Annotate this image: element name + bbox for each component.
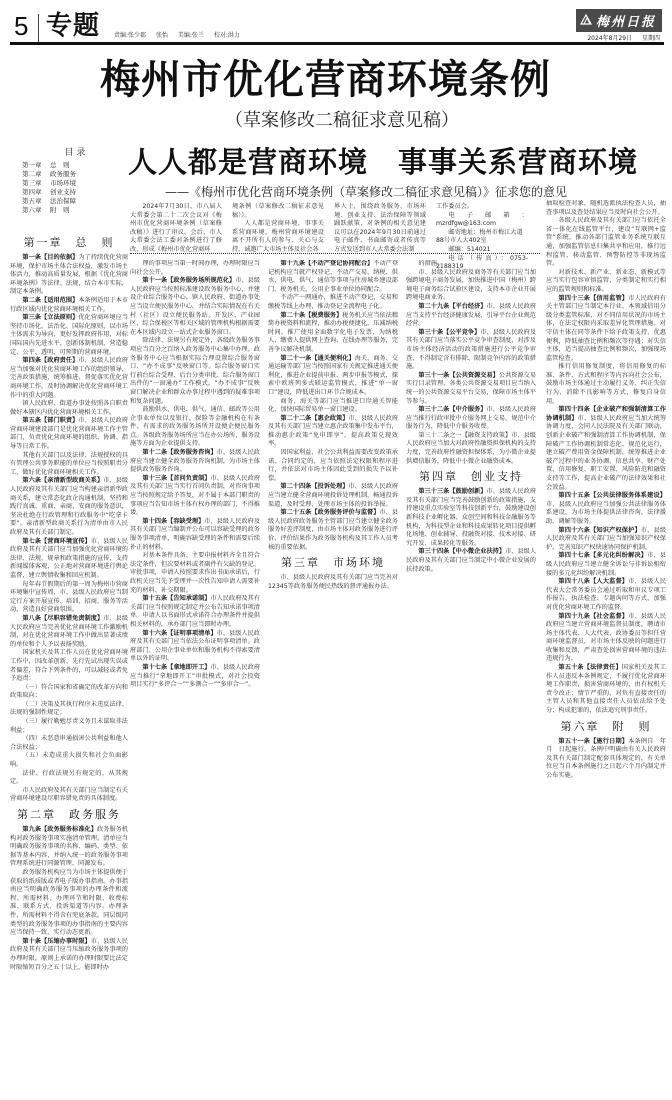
editor-credit: 责编:张少郡 xyxy=(114,32,146,39)
article-paragraph: 对基本条件具备、主要申报材料齐全且符合法定条件，但次要材料或者副件有欠缺的登记、… xyxy=(130,552,260,595)
contact-address-cont: 88号市人大402室 xyxy=(436,237,528,246)
article-paragraph: 不动产一网通办，推进不动产登记、交易和缴税等线上办理，推动登记全流程电子化。 xyxy=(268,294,398,311)
article-paragraph: 第四条【政府责任】市、县级人民政府应当加强对优化营商环境工作的组织领导，完善政策… xyxy=(10,357,128,400)
article-paragraph: 第四十六条【知识产权保护】市、县级人民政府及其有关部门应当加强知识产权保护，完善… xyxy=(546,527,666,553)
article-paragraph: 第三十四条【中小微企业扶持】市、县级人民政府及其有关部门应当制定中小微企业发展的… xyxy=(406,548,536,574)
article-label: 第三条【立法原则】 xyxy=(22,314,78,321)
editor-credit: 美编:张兰 xyxy=(178,32,204,39)
article-paragraph: 第十四条【容缺受理】市、县级人民政府及其有关部门应当编制并公布可以容缺受理的政务… xyxy=(130,518,260,552)
chapter-heading: 第四章 创业支持 xyxy=(406,468,536,486)
article-label: 第十九条【不动产登记协同配合】 xyxy=(280,260,373,267)
article-paragraph: 第四十五条【公共法律服务体系建设】市、县级人民政府应当加强公共法律服务体系建设，… xyxy=(546,492,666,526)
article-paragraph: 第四十七条【多元化纠纷解决】市、县级人民政府应当建立健全诉讼与非诉讼相衔接的多元… xyxy=(546,552,666,578)
article-paragraph: 第十七条【拿地即开工】市、县级人民政府应当推行“拿地即开工”审批模式，对社会投资… xyxy=(130,664,260,690)
section-name: 专题 xyxy=(46,10,100,42)
editor-credit: 校对:洪力 xyxy=(214,32,240,39)
article-paragraph: 推行信用修复制度，将信用修复的标准、条件、方式和程序等内容向社会公布，鼓励市场主… xyxy=(546,363,666,406)
banner-subtitle: ——《梅州市优化营商环境条例（草案修改二稿征求意见稿）》征求您的意见 xyxy=(165,183,567,200)
article-paragraph: 第一条【目的依据】为了持续优化营商环境，保护市场主体合法权益，激发市场主体活力，… xyxy=(10,254,128,297)
article-label: 第五十一条【施行日期】 xyxy=(558,738,628,745)
toc-title: 目 录 xyxy=(22,145,122,158)
article-paragraph: 第四十四条【企业破产和强制清算工作协调机制】市、县级人民政府应当加大统筹协调力度… xyxy=(546,406,666,492)
article-paragraph: （一）符合国家和省确定的改革方向和政策取向； xyxy=(10,684,128,701)
toc-item: 第六章附 则 xyxy=(22,206,122,215)
article-paragraph: 鼓励供水、供电、供气、通信、邮政等公用企事业单位以及银行、保险等金融机构在有条件… xyxy=(130,406,260,449)
article-label: 第四十七条【多元化纠纷解决】 xyxy=(558,552,647,559)
article-paragraph: 各级人民政府及其有关部门应当依托全省一体化在线监管平台，建设“互联网+监管”系统… xyxy=(546,217,666,269)
article-paragraph: 第三十三条【鼓励创新】市、县级人民政府及其有关部门应当完善鼓励创新的政策措施，支… xyxy=(406,488,536,548)
editor-credit: 张怡 xyxy=(156,32,168,39)
article-paragraph: 第二十五条【政务服务评价与监督】市、县级人民政府政务服务主管部门应当建立健全政务… xyxy=(268,509,398,552)
article-paragraph: 第九条【政务服务标准化】政务服务机构对政务服务事项实施清单管理。清单应当明确政务… xyxy=(10,826,128,869)
article-paragraph: 市、县级人民政府及其有关部门应当完善对12345等政务服务便民热线的督评通报办法… xyxy=(268,574,398,591)
article-label: 第八条【尽职容错免责制度】 xyxy=(22,615,103,622)
article-paragraph: 市、县级人民政府及商务等有关部门应当加强跨境电子商务发展，加快推进中国（梅州）跨… xyxy=(406,269,536,303)
article-paragraph: 第十九条【不动产登记协同配合】不动产登记机构应当就产权登记、不动产交易、纳税、供… xyxy=(268,260,398,294)
article-paragraph: 抽取检查对象，随机选派执法检查人员，抽查事项以及查处结果应当及时向社会公开。 xyxy=(546,200,666,217)
article-paragraph: 因国家利益、社会公共利益需要改变政策承诺、合同约定的，应当依照法定权限和程序进行… xyxy=(268,449,398,483)
article-label: 第十条【压缩办事时限】 xyxy=(22,938,90,945)
article-paragraph: 第十二条【政务服务咨询】市、县级人民政府应当建立健全政务服务咨询机制，为市场主体… xyxy=(130,449,260,475)
toc-item: 第一章总 则 xyxy=(22,161,122,170)
chapter-heading: 第一章 总 则 xyxy=(10,234,128,252)
article-paragraph: 第四十八条【人大监督】市、县级人民代表大会常务委员会通过听取和审议专项工作报告、… xyxy=(546,578,666,612)
article-label: 第二十五条【政务服务评价与监督】 xyxy=(280,509,379,516)
article-column: 第十九条【不动产登记协同配合】不动产登记机构应当就产权登记、不动产交易、纳税、供… xyxy=(268,260,398,1098)
article-paragraph: 第十五条【告知承诺制】市人民政府及其有关部门应当按照规定制定并公布告知承诺事项清… xyxy=(130,595,260,629)
article-paragraph: 第四十三条【信用监管】市人民政府有关主管部门应当制定本行业、本领域信用分级分类监… xyxy=(546,295,666,364)
article-label: 第二十二条【惠企政策】 xyxy=(280,415,348,422)
article-paragraph: （三）履行勤勉尽责义务且未谋取非法利益； xyxy=(10,718,128,735)
article-paragraph: 第二条【适用范围】本条例适用于本市行政区域内优化营商环境相关工作。 xyxy=(10,297,128,314)
article-paragraph: 的措施。 xyxy=(406,260,536,269)
article-paragraph: 第二十四条【投诉处理】市、县级人民政府应当建立健全营商环境投诉处理机制，畅通投诉… xyxy=(268,483,398,509)
table-of-contents: 目 录 第一章总 则 第二章政务服务 第三章市场环境 第四章创业支持 第五章法治… xyxy=(22,145,122,215)
article-label: 第十七条【拿地即开工】 xyxy=(142,664,210,671)
article-paragraph: （二）决策及其执行程序未违反法律、法规的强制性规定； xyxy=(10,701,128,718)
article-paragraph: 第五十条【法律责任】国家机关及其工作人员违反本条例规定，不履行优化营商环境工作职… xyxy=(546,664,666,716)
article-label: 第四十三条【信用监管】 xyxy=(558,295,628,302)
article-label: 第三十二条【中介服务】 xyxy=(418,406,486,413)
article-paragraph: 第二十一条【通关便利化】海关、商务、交通运输等部门应当按照国家有关规定推进通关便… xyxy=(268,355,398,398)
article-label: 第十二条【政务服务咨询】 xyxy=(142,449,216,456)
article-paragraph: （四）未恶意串通损害公共利益和他人合法权益； xyxy=(10,735,128,752)
article-paragraph: 第三十二条之一【融资支持政策】市、县级人民政府应当加大对政府性融资担保机构的支持… xyxy=(406,432,536,466)
issue-date: 2024年8月29日 xyxy=(587,35,632,42)
article-paragraph: 第三十条【公平竞争】市、县级人民政府及其有关部门应当落实公平竞争审查制度，对涉及… xyxy=(406,329,536,372)
article-paragraph: 第五条【部门职责】市、县级人民政府营商环境建设部门是优化营商环境工作主管部门，负… xyxy=(10,417,128,451)
article-paragraph: 第三十一条【公共资源交易】公共资源交易实行目录管理，各类公共资源交易项目应当纳入… xyxy=(406,372,536,406)
article-paragraph: 市人民政府及其有关部门应当制定有关营商环境建设尽职容错免责的具体制度。 xyxy=(10,787,128,804)
toc-item: 第四章创业支持 xyxy=(22,188,122,197)
article-paragraph: 第二十二条【惠企政策】市、县级人民政府及其有关部门应当建立惠企政策集中发布平台，… xyxy=(268,415,398,449)
article-paragraph: （五）未造成重大损失和社会负面影响。 xyxy=(10,752,128,769)
dotted-separator xyxy=(130,253,540,254)
article-label: 第三十三条【鼓励创新】 xyxy=(418,488,486,495)
article-label: 第七条【营商环境宣传】 xyxy=(22,538,90,545)
article-column: 理的事项应当第一时间办理，办理时限应当向社会公开。第十一条【政务服务场所规范化】… xyxy=(130,260,260,1098)
article-paragraph: 第十条【压缩办事时限】市、县级人民政府及其有关部门应当压缩政务服务事项的办理时限… xyxy=(10,938,128,972)
article-label: 第二十条【税费服务】 xyxy=(280,312,342,319)
article-label: 第三十四条【中小微企业扶持】 xyxy=(418,548,505,555)
article-paragraph: 其他有关部门以及法律、法规授权的具有管理公共事务职能的单位应当按照职责分工，做好… xyxy=(10,452,128,478)
intro-paragraph: 界人士，围绕政务服务、市场环境、创业支持、法治保障等领域踊跃献策，对条例的相关意… xyxy=(334,203,426,255)
article-label: 第十四条【容缺受理】 xyxy=(142,518,204,525)
banner-title: 人人都是营商环境 事事关系营商环境 xyxy=(128,145,638,179)
logo-mountain-icon xyxy=(580,13,593,25)
newspaper-logo: 梅州日报 xyxy=(576,9,662,32)
article-label: 第五十条【法律责任】 xyxy=(558,664,621,671)
article-paragraph: 第六条【亲清新型政商关系】市、县级人民政府及其有关部门应当构建亲清新型政商关系，… xyxy=(10,477,128,537)
chapter-heading: 第三章 市场环境 xyxy=(268,554,398,572)
article-label: 第三十一条【公共资源交易】 xyxy=(418,372,498,379)
article-column-right: 抽取检查对象，随机选派执法检查人员，抽查事项以及查处结果应当及时向社会公开。各级… xyxy=(546,200,666,1098)
chapter-heading: 第六章 附 则 xyxy=(546,718,666,736)
article-label: 第四十四条【企业破产和强制清算工作协调机制】 xyxy=(546,406,666,422)
article-label: 第二十九条【平台经济】 xyxy=(418,303,486,310)
article-paragraph: 政务服务机构应当为市场主体提供便于获取的纸质版或者电子版办事指南。办事指南应当明… xyxy=(10,869,128,938)
article-paragraph: 第三十二条【中介服务】市、县级人民政府应当推行行政审批中介服务网上交易，规范中介… xyxy=(406,406,536,432)
article-label: 第四十八条【人大监督】 xyxy=(558,578,628,585)
toc-item: 第二章政务服务 xyxy=(22,170,122,179)
article-label: 第二条【适用范围】 xyxy=(22,297,78,304)
article-paragraph: 第十六条【证明事项清单】市、县级人民政府及其有关部门应当依法公布证明事项清单。政… xyxy=(130,630,260,664)
article-paragraph: 除法律、法规另有规定外，各级政务服务事项应当百分之百纳入政务服务中心集中办理。政… xyxy=(130,337,260,406)
article-label: 第十三条【首问负责制】 xyxy=(142,475,210,482)
article-paragraph: 理的事项应当第一时间办理，办理时限应当向社会公开。 xyxy=(130,260,260,277)
article-paragraph: 对新技术、新产业、新业态、新模式等应当实行包容审慎监管，分类制定和实行相应的监管… xyxy=(546,269,666,295)
page-number: 5 xyxy=(14,12,28,40)
article-paragraph: 第十一条【政务服务场所规范化】市、县级人民政府应当按照标准建设政务服务中心，并建… xyxy=(130,277,260,337)
article-paragraph: 第五十一条【施行日期】本条例自 年 月 日起施行。条例中明确由有关人民政府及其有… xyxy=(546,738,666,781)
article-paragraph: 第二十九条【平台经济】市、县级人民政府应当支持平台经济健康发展，引导平台企业规范… xyxy=(406,303,536,329)
chapter-heading: 第二章 政务服务 xyxy=(10,806,128,824)
intro-paragraph: 2024年7月30日，市八届人大常委会第二十二次会议对《梅州市优化营商环境条例（… xyxy=(130,203,222,255)
article-paragraph: 第八条【尽职容错免责制度】市、县级人民政府应当完善优化营商环境工作激励机制，对在… xyxy=(10,615,128,649)
article-body: 理的事项应当第一时间办理，办理时限应当向社会公开。第十一条【政务服务场所规范化】… xyxy=(130,260,544,1098)
article-paragraph: 法律、行政法规另有规定的，从其规定。 xyxy=(10,770,128,787)
article-paragraph: 商务、海关等部门应当推进口岸通关智能化，加快国际贸易单一窗口建设。 xyxy=(268,398,398,415)
article-column-left: 第一章 总 则 第一条【目的依据】为了持续优化营商环境，保护市场主体合法权益，激… xyxy=(10,232,128,1098)
article-paragraph: 第四十九条【社会监督】市、县级人民政府应当建立营商环境监督员制度，聘请市场主体代… xyxy=(546,613,666,665)
article-label: 第三十条【公平竞争】 xyxy=(418,329,480,336)
article-label: 第六条【亲清新型政商关系】 xyxy=(22,477,103,484)
article-label: 第二十一条【通关便利化】 xyxy=(280,355,354,362)
masthead: 5 专题 责编:张少郡 张怡 美编:张兰 校对:洪力 梅州日报 2024年8月2… xyxy=(10,6,664,44)
article-label: 第九条【政务服务标准化】 xyxy=(22,826,97,833)
article-label: 第四条【政府责任】 xyxy=(22,357,78,364)
main-headline: 梅州市优化营商环境条例 xyxy=(100,58,672,102)
article-paragraph: 第二十条【税费服务】税务机关应当依法精简办税资料和流程，推动办税便捷化，压减纳税… xyxy=(268,312,398,355)
page-number-divider xyxy=(38,14,39,42)
article-column: 的措施。市、县级人民政府及商务等有关部门应当加强跨境电子商务发展，加快推进中国（… xyxy=(406,260,536,1098)
sub-headline: （草案修改二稿征求意见稿） xyxy=(225,110,459,132)
article-label: 第十五条【告知承诺制】 xyxy=(142,595,210,602)
article-label: 第四十六条【知识产权保护】 xyxy=(558,527,640,534)
article-label: 第二十四条【投诉处理】 xyxy=(280,483,348,490)
article-paragraph: 第三条【立法原则】优化营商环境应当坚持市场化、法治化、国际化原则，以市场主体需求… xyxy=(10,314,128,357)
contact-email: 电子邮箱：mzrdfgw@163.com xyxy=(436,212,528,229)
toc-item: 第三章市场环境 xyxy=(22,179,122,188)
issue-weekday: 星期四 xyxy=(642,35,660,42)
article-label: 第五条【部门职责】 xyxy=(22,417,78,424)
article-paragraph: 镇人民政府、街道办事处按照各自职责做好本辖区内优化营商环境相关工作。 xyxy=(10,400,128,417)
article-label: 第十六条【证明事项清单】 xyxy=(142,630,216,637)
article-paragraph: 国家机关及其工作人员在优化营商环境工作中，因改革创新、先行先试出现失误或者偏差，… xyxy=(10,649,128,683)
article-label: 第四十九条【社会监督】 xyxy=(558,613,628,620)
dateline: 2024年8月29日 星期四 xyxy=(579,33,660,42)
article-label: 第四十五条【公共法律服务体系建设】 xyxy=(558,492,666,499)
article-paragraph: 每年春节假期后的第一周为梅州市营商环境集中宣传周，市、县级人民政府应当制定行方案… xyxy=(10,581,128,615)
article-label: 第十一条【政务服务场所规范化】 xyxy=(142,277,235,284)
article-label: 第一条【目的依据】 xyxy=(22,254,78,261)
masthead-rule xyxy=(10,42,664,45)
article-paragraph: 第七条【营商环境宣传】市、县级人民政府及其有关部门应当加强优化营商环境的法律、法… xyxy=(10,538,128,581)
editor-credits: 责编:张少郡 张怡 美编:张兰 校对:洪力 xyxy=(114,30,248,39)
logo-text: 梅州日报 xyxy=(596,15,656,30)
article-paragraph: 第十三条【首问负责制】市、县级人民政府及其有关部门应当实行首问负责制，对咨询事项… xyxy=(130,475,260,518)
intro-paragraph: 境条例（草案修改二稿征求意见稿）》。 xyxy=(232,203,324,220)
contact-line: 工作委员会。 xyxy=(436,203,528,212)
toc-item: 第五章法治保障 xyxy=(22,197,122,206)
intro-paragraph: 人人都是营商环境，事事关系营商环境，梅州营商环境建设离不开所有人的参与、关心与支… xyxy=(232,220,324,254)
